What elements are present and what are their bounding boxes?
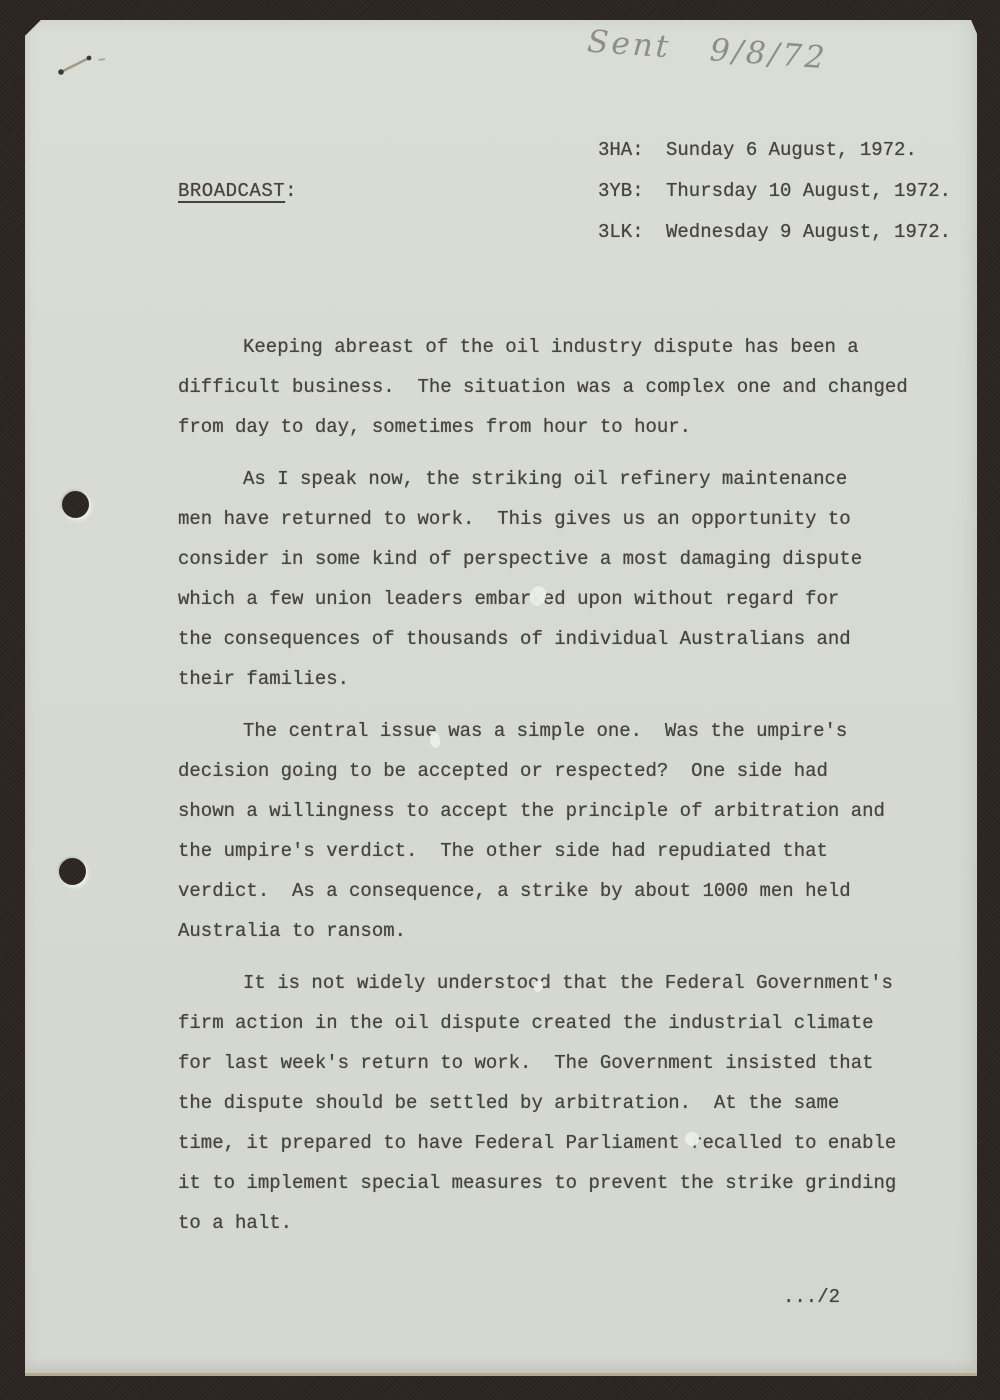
station-date: Wednesday 9 August, 1972. bbox=[666, 212, 951, 253]
paragraph-2: As I speak now, the striking oil refiner… bbox=[178, 459, 926, 699]
station-code: 3YB: bbox=[598, 171, 666, 212]
document-page: Sent 9/8/72 BROADCAST: 3HA: Sunday 6 Aug… bbox=[25, 20, 977, 1376]
station-row: 3YB: Thursday 10 August, 1972. bbox=[598, 171, 951, 212]
station-code: 3LK: bbox=[598, 212, 666, 253]
station-row: 3HA: Sunday 6 August, 1972. bbox=[598, 130, 951, 171]
station-schedule-list: 3HA: Sunday 6 August, 1972. 3YB: Thursda… bbox=[598, 130, 951, 253]
station-row: 3LK: Wednesday 9 August, 1972. bbox=[598, 212, 951, 253]
punch-hole bbox=[59, 858, 86, 885]
correction-fluid-mark bbox=[685, 1132, 699, 1146]
broadcast-label-text: BROADCAST bbox=[178, 180, 285, 202]
scan-background: Sent 9/8/72 BROADCAST: 3HA: Sunday 6 Aug… bbox=[0, 0, 1000, 1400]
paragraph-4: It is not widely understood that the Fed… bbox=[178, 963, 926, 1243]
station-date: Sunday 6 August, 1972. bbox=[666, 130, 917, 171]
paragraph-3: The central issue was a simple one. Was … bbox=[178, 711, 926, 951]
broadcast-label-colon: : bbox=[285, 180, 297, 202]
handwritten-sent-note: Sent 9/8/72 bbox=[586, 24, 888, 81]
page-continuation-marker: .../2 bbox=[783, 1277, 840, 1318]
station-code: 3HA: bbox=[598, 130, 666, 171]
paragraph-1: Keeping abreast of the oil industry disp… bbox=[178, 327, 926, 447]
staple-mark bbox=[55, 48, 115, 78]
broadcast-label: BROADCAST: bbox=[178, 171, 297, 212]
station-date: Thursday 10 August, 1972. bbox=[666, 171, 951, 212]
punch-hole bbox=[62, 491, 89, 518]
document-body: Keeping abreast of the oil industry disp… bbox=[178, 327, 926, 1255]
